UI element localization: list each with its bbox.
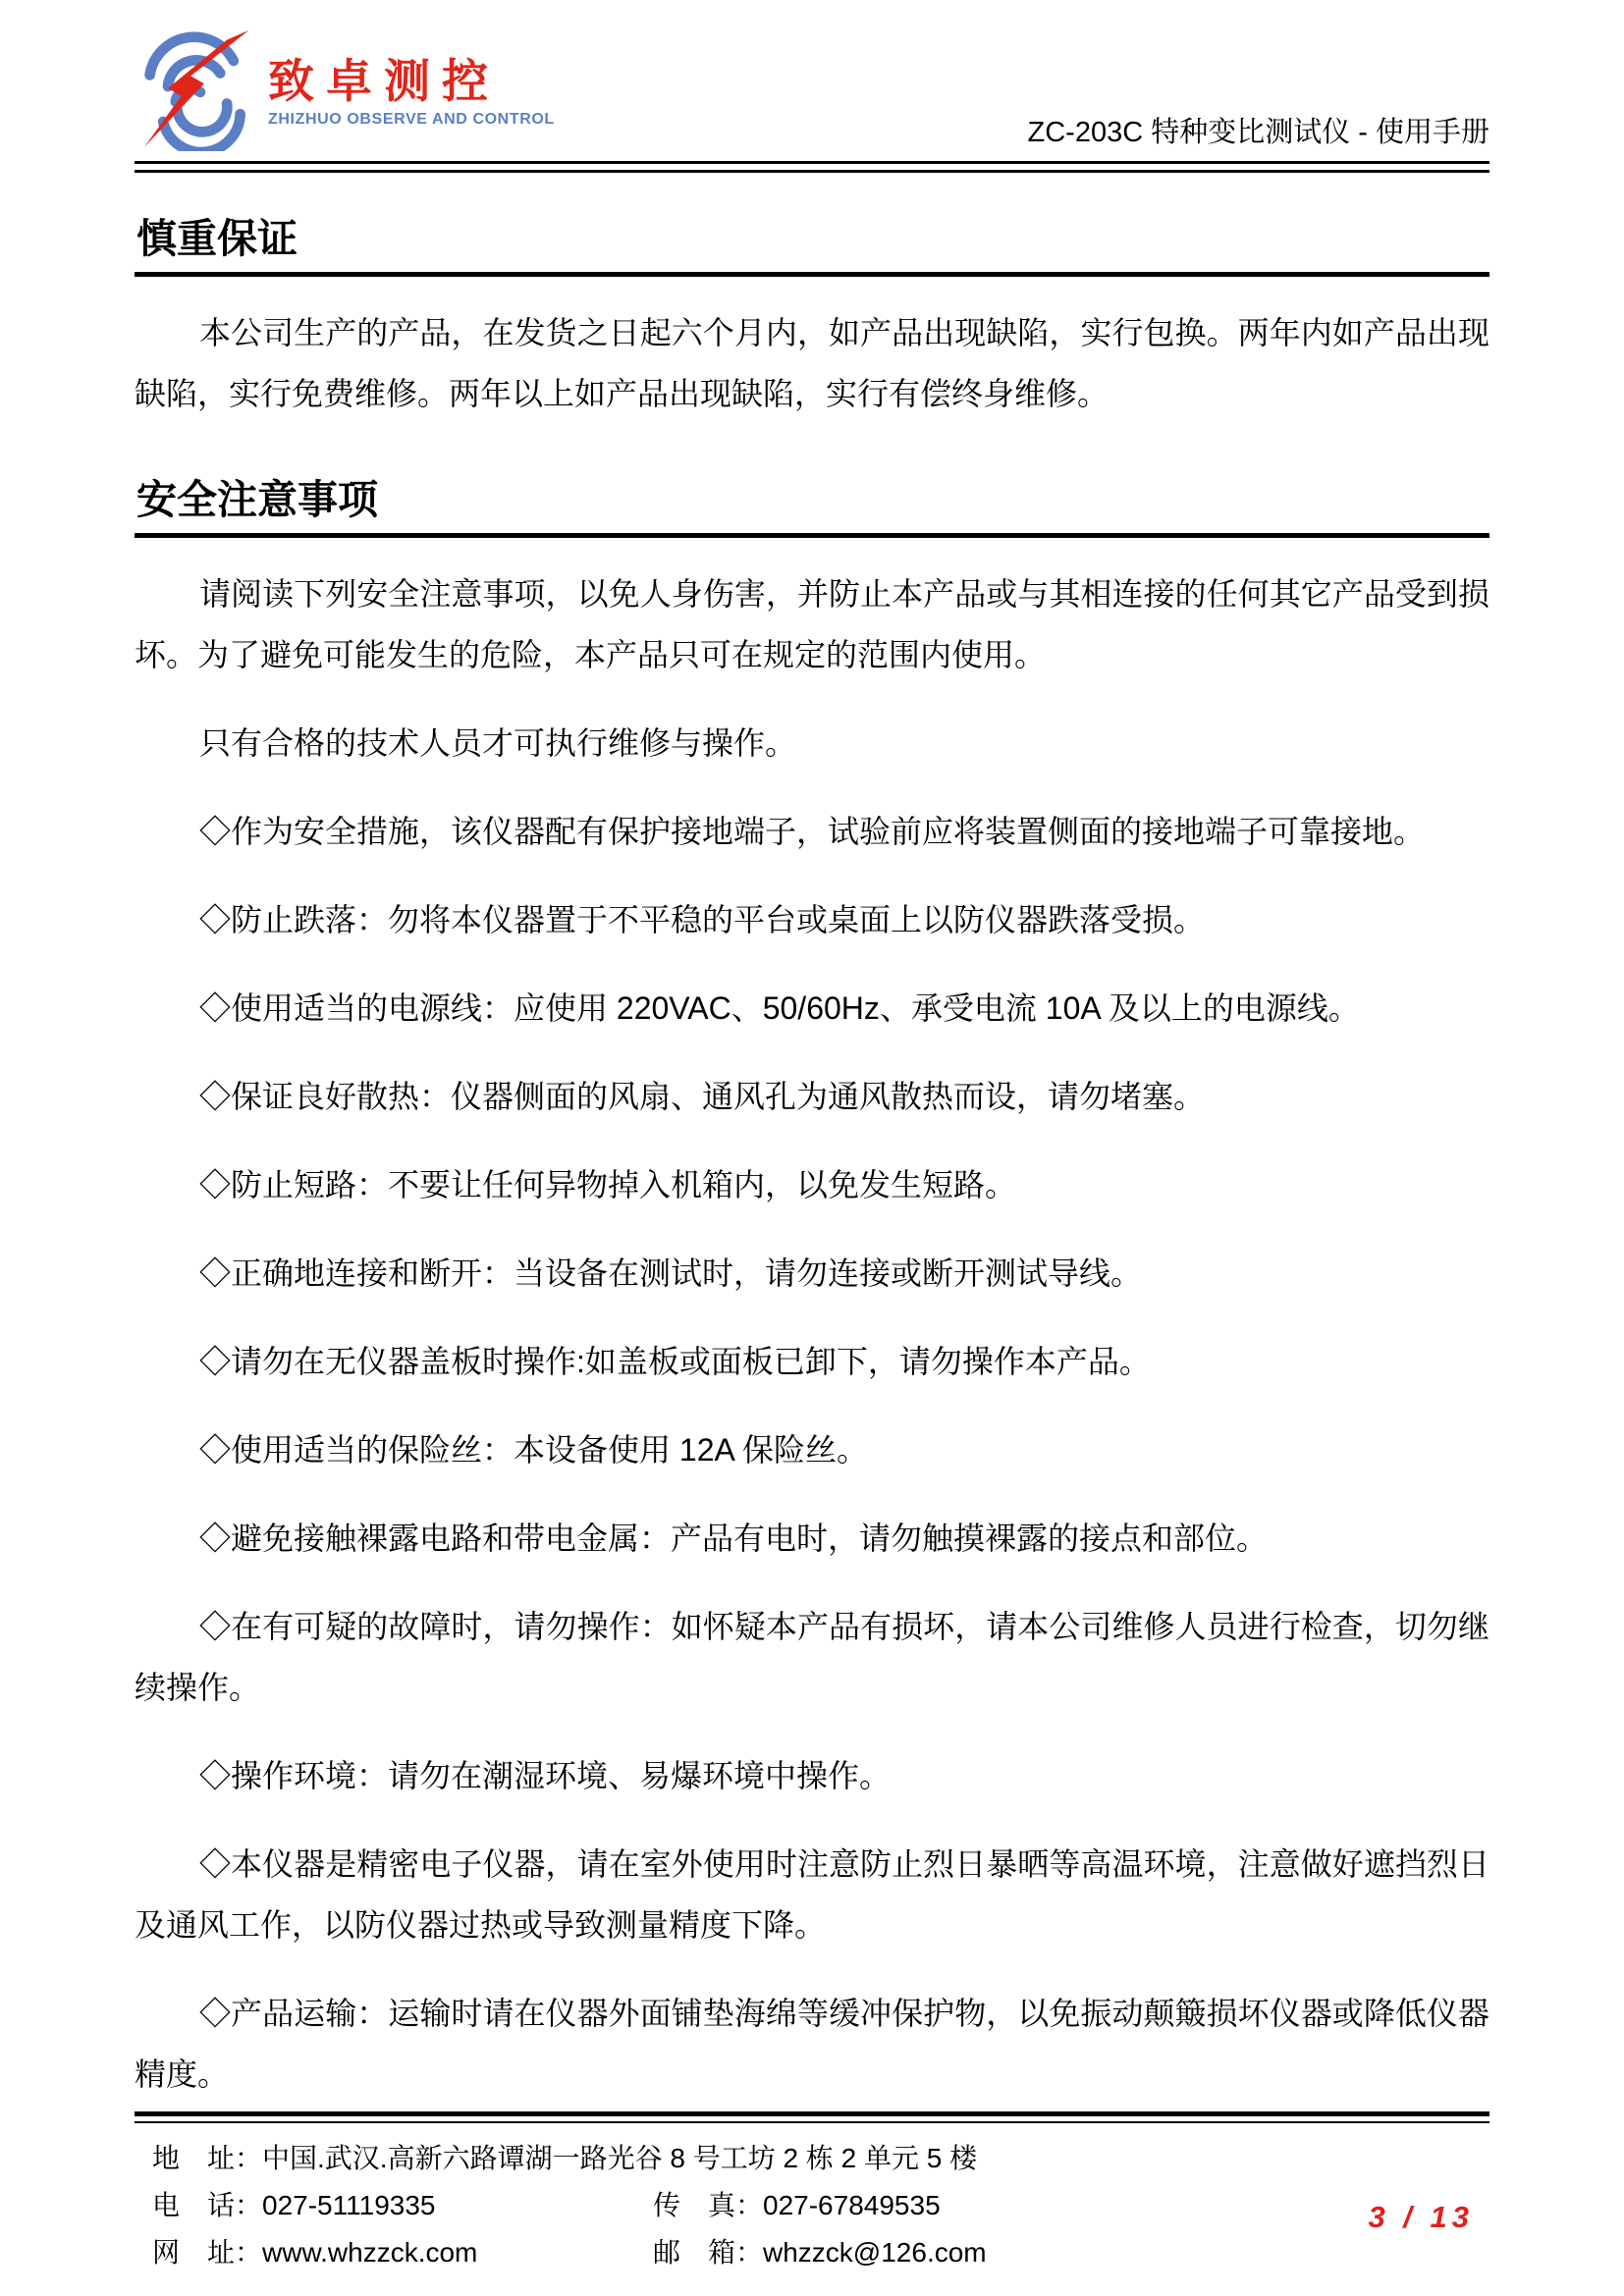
- footer-row-phone-fax: 电 话： 027-51119335 传 真： 027-67849535: [152, 2182, 1489, 2229]
- section-heading-guarantee: 慎重保证: [135, 216, 1489, 277]
- page-content: 致卓测控 ZHIZHUO OBSERVE AND CONTROL ZC-203C…: [0, 0, 1624, 2105]
- safety-item: ◇在有可疑的故障时，请勿操作：如怀疑本产品有损坏，请本公司维修人员进行检查，切勿…: [135, 1596, 1489, 1718]
- footer-rule: [135, 2111, 1489, 2123]
- page-header: 致卓测控 ZHIZHUO OBSERVE AND CONTROL ZC-203C…: [135, 0, 1489, 161]
- web-label: 网 址：: [152, 2229, 262, 2276]
- guarantee-paragraph: 本公司生产的产品，在发货之日起六个月内，如产品出现缺陷，实行包换。两年内如产品出…: [135, 302, 1489, 424]
- safety-intro-paragraph: 请阅读下列安全注意事项，以免人身伤害，并防止本产品或与其相连接的任何其它产品受到…: [135, 563, 1489, 685]
- logo-en-tagline: ZHIZHUO OBSERVE AND CONTROL: [268, 111, 555, 129]
- header-rule: [135, 161, 1489, 173]
- safety-item: ◇使用适当的电源线：应使用 220VAC、50/60Hz、承受电流 10A 及以…: [135, 978, 1489, 1039]
- fax-value: 027-67849535: [763, 2182, 941, 2229]
- safety-item: ◇保证良好散热：仪器侧面的风扇、通风孔为通风散热而设，请勿堵塞。: [135, 1066, 1489, 1127]
- email-value: whzzck@126.com: [763, 2229, 987, 2276]
- safety-item: ◇正确地连接和断开：当设备在测试时，请勿连接或断开测试导线。: [135, 1243, 1489, 1304]
- safety-item: ◇防止短路：不要让任何异物掉入机箱内，以免发生短路。: [135, 1154, 1489, 1215]
- safety-note-paragraph: 只有合格的技术人员才可执行维修与操作。: [135, 713, 1489, 774]
- safety-item: ◇操作环境：请勿在潮湿环境、易爆环境中操作。: [135, 1745, 1489, 1806]
- logo-lightning-arcs-icon: [140, 27, 256, 151]
- safety-item: ◇作为安全措施，该仪器配有保护接地端子，试验前应将装置侧面的接地端子可靠接地。: [135, 801, 1489, 862]
- manual-page: { "header": { "logo_cn": "致卓测控", "logo_e…: [0, 0, 1624, 2296]
- footer-row-address: 地 址： 中国.武汉.高新六路谭湖一路光谷 8 号工坊 2 栋 2 单元 5 楼: [152, 2135, 1489, 2182]
- page-footer: 地 址： 中国.武汉.高新六路谭湖一路光谷 8 号工坊 2 栋 2 单元 5 楼…: [135, 2111, 1489, 2276]
- safety-item: ◇本仪器是精密电子仪器，请在室外使用时注意防止烈日暴晒等高温环境，注意做好遮挡烈…: [135, 1834, 1489, 1955]
- safety-item: ◇产品运输：运输时请在仪器外面铺垫海绵等缓冲保护物，以免振动颠簸损坏仪器或降低仪…: [135, 1983, 1489, 2105]
- address-value: 中国.武汉.高新六路谭湖一路光谷 8 号工坊 2 栋 2 单元 5 楼: [262, 2135, 977, 2182]
- phone-value: 027-51119335: [262, 2182, 435, 2229]
- safety-item: ◇防止跌落：勿将本仪器置于不平稳的平台或桌面上以防仪器跌落受损。: [135, 889, 1489, 950]
- logo-text: 致卓测控 ZHIZHUO OBSERVE AND CONTROL: [268, 27, 555, 129]
- email-label: 邮 箱：: [653, 2229, 763, 2276]
- web-value: www.whzzck.com: [262, 2229, 477, 2276]
- footer-rows: 地 址： 中国.武汉.高新六路谭湖一路光谷 8 号工坊 2 栋 2 单元 5 楼…: [135, 2123, 1489, 2276]
- safety-item: ◇使用适当的保险丝：本设备使用 12A 保险丝。: [135, 1419, 1489, 1480]
- address-label: 地 址：: [152, 2135, 262, 2182]
- doc-title: ZC-203C 特种变比测试仪 - 使用手册: [1028, 116, 1489, 151]
- company-logo: 致卓测控 ZHIZHUO OBSERVE AND CONTROL: [140, 27, 555, 151]
- fax-label: 传 真：: [653, 2182, 763, 2229]
- safety-item: ◇请勿在无仪器盖板时操作:如盖板或面板已卸下，请勿操作本产品。: [135, 1331, 1489, 1392]
- page-number: 3 / 13: [1368, 2194, 1474, 2241]
- safety-item: ◇避免接触裸露电路和带电金属：产品有电时，请勿触摸裸露的接点和部位。: [135, 1508, 1489, 1569]
- phone-label: 电 话：: [152, 2182, 262, 2229]
- section-heading-safety: 安全注意事项: [135, 477, 1489, 538]
- logo-cn-name: 致卓测控: [268, 57, 555, 105]
- footer-row-web-email: 网 址： www.whzzck.com 邮 箱： whzzck@126.com: [152, 2229, 1489, 2276]
